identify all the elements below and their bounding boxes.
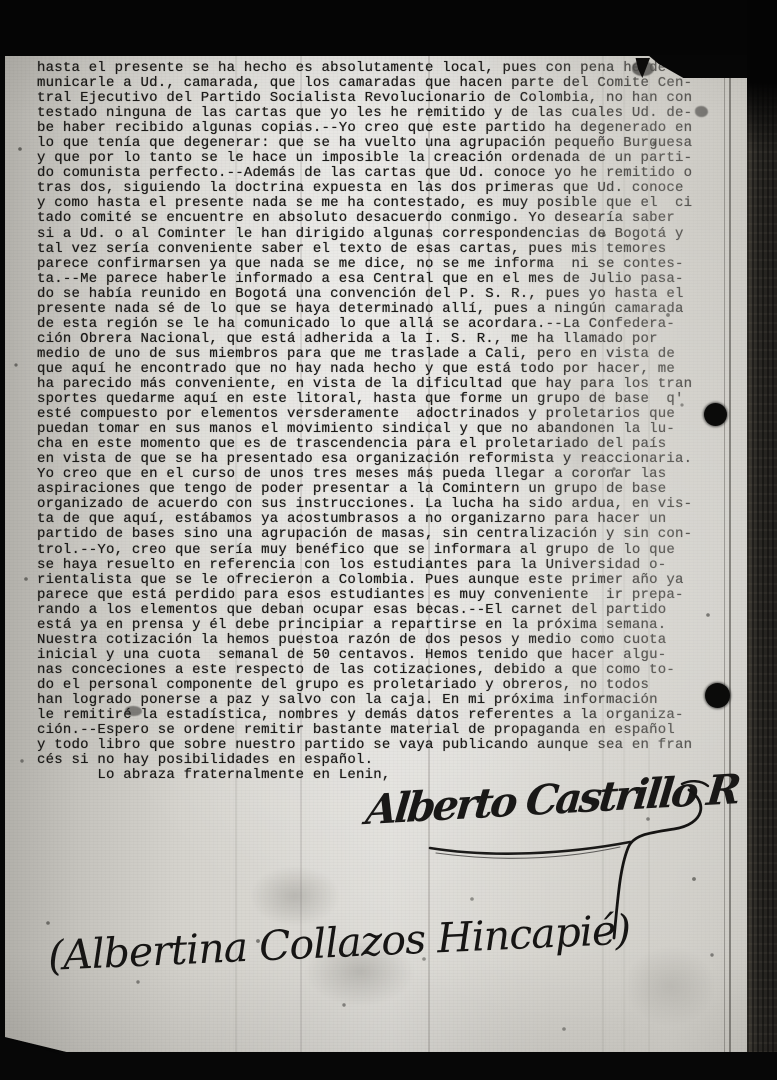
scan-border-right-top xyxy=(747,0,777,150)
punch-hole xyxy=(705,683,730,708)
letter-body-text: hasta el presente se ha hecho es absolut… xyxy=(37,61,727,783)
bleedthrough-smudge xyxy=(625,946,715,1026)
scan-border-top xyxy=(0,0,777,56)
bleedthrough-smudge xyxy=(250,866,340,926)
scan-border-bottom xyxy=(0,1052,777,1080)
punch-hole xyxy=(704,403,727,426)
ink-blot xyxy=(695,106,708,117)
dust-specks xyxy=(5,56,7,58)
scanned-letter-screenshot: hasta el presente se ha hecho es absolut… xyxy=(0,0,777,1080)
scan-border-right xyxy=(747,0,777,1080)
ink-blot xyxy=(125,706,142,716)
